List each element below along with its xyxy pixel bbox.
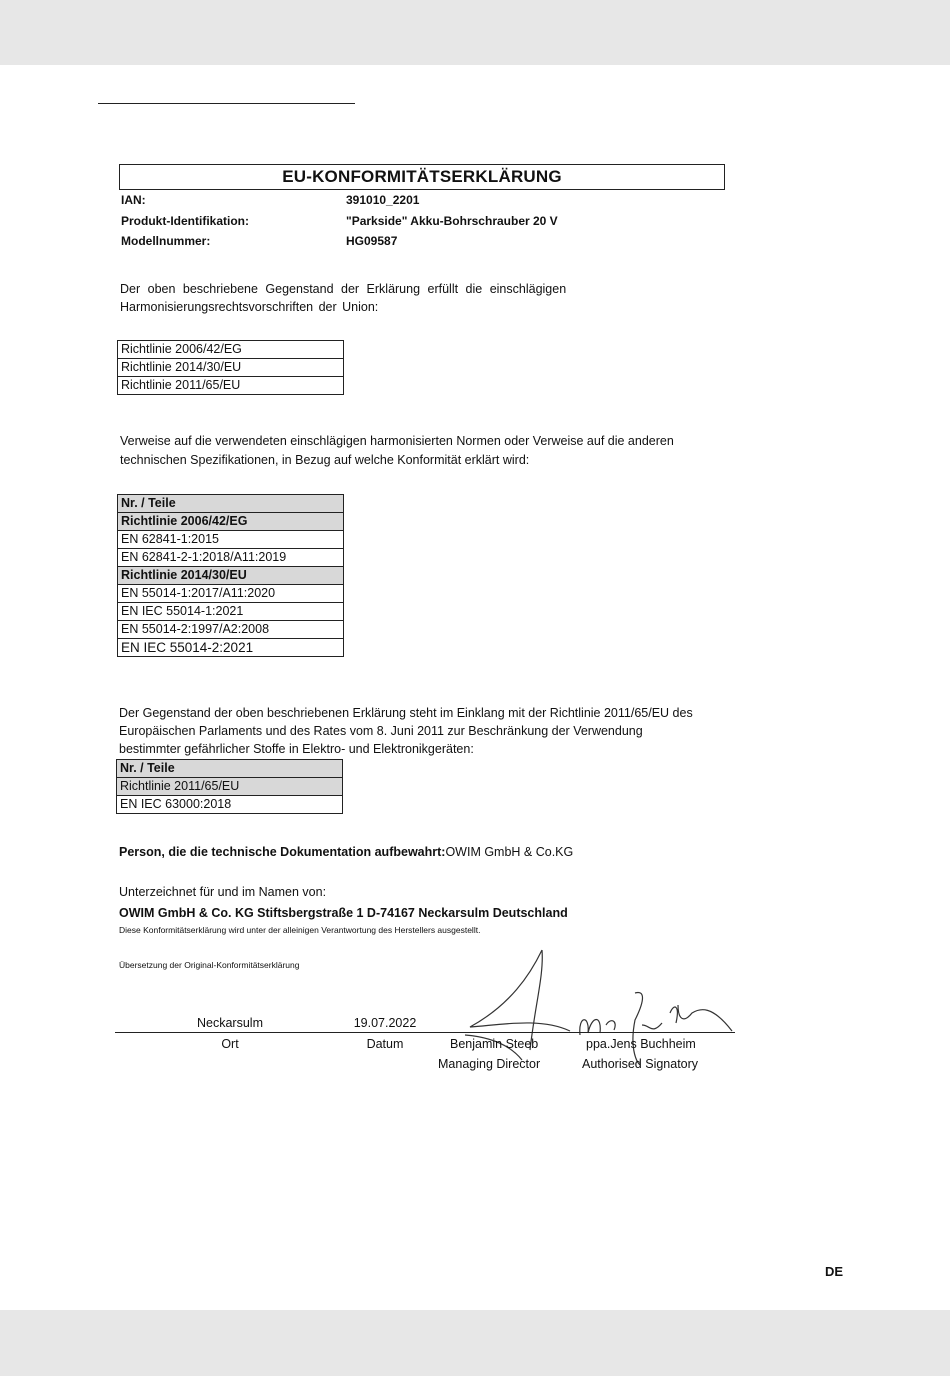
standards-item-cell: EN IEC 55014-2:2021: [118, 639, 344, 657]
signer1-role: Managing Director: [438, 1057, 540, 1071]
date-label: Datum: [340, 1037, 430, 1051]
standards-group-cell: Richtlinie 2006/42/EG: [118, 513, 344, 531]
ian-label: IAN:: [121, 193, 146, 207]
documentation-line: Person, die die technische Dokumentation…: [119, 845, 573, 859]
standards-group-cell: Richtlinie 2014/30/EU: [118, 567, 344, 585]
standards-item-cell: EN 55014-2:1997/A2:2008: [118, 621, 344, 639]
signer1-name: Benjamin Steeb: [450, 1037, 538, 1051]
date-value: 19.07.2022: [340, 1016, 430, 1030]
standards-item-cell: EN IEC 55014-1:2021: [118, 603, 344, 621]
documentation-label: Person, die die technische Dokumentation…: [119, 845, 445, 859]
directive-cell: Richtlinie 2011/65/EU: [118, 377, 344, 395]
product-label: Produkt-Identifikation:: [121, 214, 249, 228]
intro-line-1: Der oben beschriebene Gegenstand der Erk…: [120, 280, 566, 299]
signed-for: Unterzeichnet für und im Namen von:: [119, 885, 326, 899]
viewer-bottom-band: [0, 1310, 950, 1376]
ian-value: 391010_2201: [346, 193, 419, 207]
rohs-intro-line-2: Europäischen Parlaments und des Rates vo…: [119, 722, 643, 741]
place-label: Ort: [180, 1037, 280, 1051]
model-value: HG09587: [346, 234, 397, 248]
rohs-intro-line-1: Der Gegenstand der oben beschriebenen Er…: [119, 704, 693, 723]
header-rule: [98, 103, 355, 104]
product-value: "Parkside" Akku-Bohrschrauber 20 V: [346, 214, 558, 228]
rohs-table-header: Nr. / Teile: [117, 760, 343, 778]
directive-cell: Richtlinie 2006/42/EG: [118, 341, 344, 359]
signer2-name: ppa.Jens Buchheim: [586, 1037, 696, 1051]
signer2-role: Authorised Signatory: [582, 1057, 698, 1071]
directives-table: Richtlinie 2006/42/EG Richtlinie 2014/30…: [117, 340, 344, 395]
directive-cell: Richtlinie 2014/30/EU: [118, 359, 344, 377]
standards-intro-line-2: technischen Spezifikationen, in Bezug au…: [120, 451, 529, 470]
intro-line-2: Harmonisierungsrechtsvorschriften der Un…: [120, 298, 378, 317]
viewer-top-band: [0, 0, 950, 65]
standards-item-cell: EN 55014-1:2017/A11:2020: [118, 585, 344, 603]
rohs-intro-line-3: bestimmter gefährlicher Stoffe in Elektr…: [119, 740, 474, 759]
model-label: Modellnummer:: [121, 234, 210, 248]
standards-table: Nr. / Teile Richtlinie 2006/42/EGEN 6284…: [117, 494, 344, 657]
rohs-table: Nr. / Teile Richtlinie 2011/65/EU EN IEC…: [116, 759, 343, 814]
company-address: OWIM GmbH & Co. KG Stiftsbergstraße 1 D-…: [119, 906, 568, 920]
responsibility-note: Diese Konformitätserklärung wird unter d…: [119, 925, 480, 935]
signature-rule: [115, 1032, 735, 1033]
rohs-standard-cell: EN IEC 63000:2018: [117, 796, 343, 814]
rohs-directive-cell: Richtlinie 2011/65/EU: [117, 778, 343, 796]
place-value: Neckarsulm: [180, 1016, 280, 1030]
translation-note: Übersetzung der Original-Konformitätserk…: [119, 960, 299, 970]
standards-item-cell: EN 62841-1:2015: [118, 531, 344, 549]
document-title: EU-KONFORMITÄTSERKLÄRUNG: [119, 164, 725, 190]
standards-table-header: Nr. / Teile: [118, 495, 344, 513]
standards-item-cell: EN 62841-2-1:2018/A11:2019: [118, 549, 344, 567]
standards-intro-line-1: Verweise auf die verwendeten einschlägig…: [120, 432, 674, 451]
documentation-value: OWIM GmbH & Co.KG: [445, 845, 573, 859]
page-language-marker: DE: [825, 1264, 843, 1279]
